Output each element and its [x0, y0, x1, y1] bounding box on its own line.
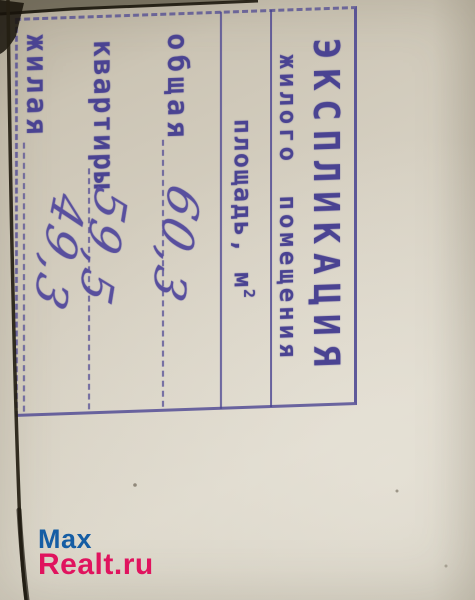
dust-speck: [133, 483, 137, 487]
photographed-document-page: ЭКСПЛИКАЦИЯ жилого помещения площадь, м2…: [0, 0, 475, 600]
page-corner-shadow: [0, 0, 24, 54]
dust-speck: [396, 490, 399, 493]
page-left-edge-line-thick: [19, 510, 27, 600]
watermark-line2: Realt.ru: [38, 550, 154, 580]
dust-speck: [445, 565, 448, 568]
page-edge-marks: [0, 0, 475, 600]
watermark: Max Realt.ru: [38, 526, 154, 580]
